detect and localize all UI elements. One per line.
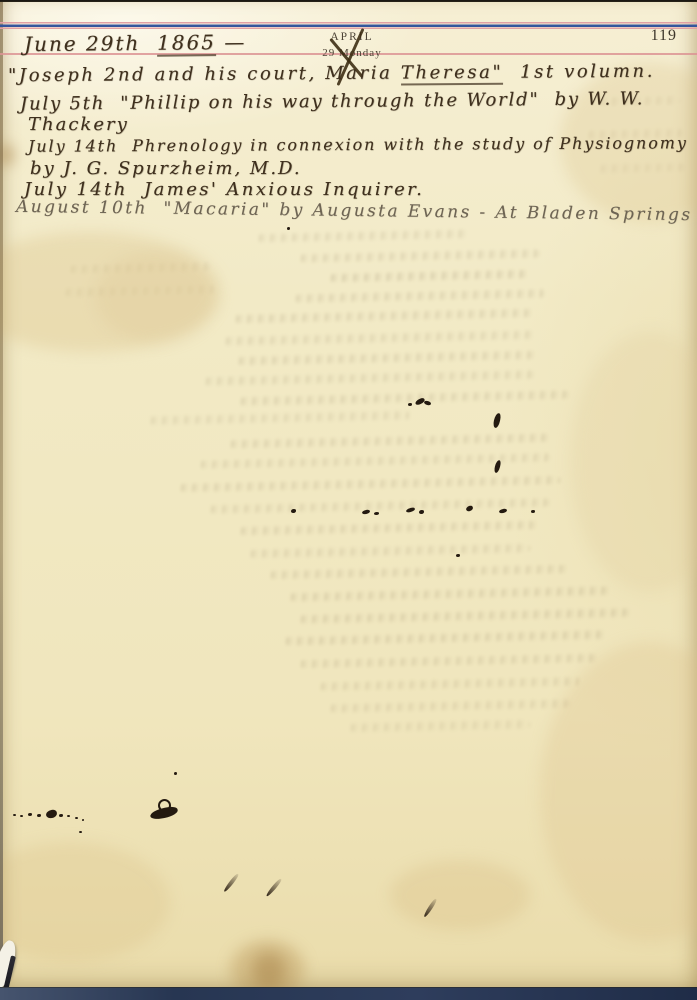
entry-date-heading: June 29th 1865 — [24,30,247,56]
paper-stain [0,144,14,166]
ink-blot [456,554,460,557]
paper-stain [390,860,530,930]
ink-blot [174,772,177,775]
ink-blot [79,831,82,833]
ghost-bleed-through-line [300,249,540,262]
ghost-bleed-through-line [300,609,630,624]
ink-blot [67,815,70,817]
ink-blot [59,814,63,817]
ink-stroke [223,873,239,892]
ghost-bleed-through-line [295,289,545,302]
ink-blot [362,509,371,514]
ghost-bleed-through-line [150,411,410,424]
scanned-diary-page: 119 APRIL 29 Monday June 29th 1865 — "Jo… [0,0,697,1000]
ink-blot [408,403,412,406]
ghost-bleed-through-line [250,544,530,558]
entry-line-thackery: Thackery [28,114,129,135]
ink-blot [287,227,290,230]
paper-stain [570,332,697,592]
paper-stain [95,252,215,342]
heading-year-underlined: 1865 [157,30,216,57]
ghost-bleed-through-line [205,371,535,386]
ghost-bleed-through-line [290,587,610,602]
page-number: 119 [651,27,677,45]
diary-paper: 119 APRIL 29 Monday June 29th 1865 — "Jo… [0,2,697,989]
paper-stain [0,842,170,962]
ink-blot [374,512,379,515]
ghost-bleed-through-line [258,230,468,242]
ink-blot [28,813,32,816]
ghost-bleed-through-line [320,677,580,690]
ghost-bleed-through-line [350,720,530,732]
ink-blot-loop [158,799,171,812]
ink-blot [13,814,16,816]
entry-line-phrenology: July 14th Phrenology in connexion with t… [28,133,688,155]
book-edge [0,987,697,1000]
heading-dash: — [216,30,247,54]
heading-date-text: June 29th [24,31,157,56]
entry-line-joseph: "Joseph 2nd and his court, Maria Theresa… [8,61,655,87]
printed-date-header: APRIL 29 Monday [297,31,407,59]
ghost-bleed-through-line [330,699,570,712]
ink-blot [82,819,84,821]
entry-line-spurzheim: by J. G. Spurzheim, M.D. [30,158,302,179]
top-ruled-lines [0,21,697,29]
ghost-bleed-through-line [300,654,600,668]
printed-month-label: APRIL [297,31,407,43]
ghost-bleed-through-line [240,521,540,535]
ghost-bleed-through-line [225,331,535,345]
ink-blot [493,413,502,429]
ghost-bleed-through-line [238,351,538,365]
ghost-bleed-through-line [180,476,560,492]
ink-blot [419,510,424,514]
entry-text: "Joseph 2nd and his court, Maria [8,63,401,87]
ink-stroke [265,878,282,897]
paper-stain [540,642,697,942]
ink-blot [406,507,416,513]
ink-blot [499,508,508,513]
entry-text-underlined: Theresa" [401,62,504,86]
ink-blot [37,814,41,817]
ink-blot [45,809,57,819]
ghost-bleed-through-line [330,270,530,282]
ghost-bleed-through-line [235,309,535,323]
ghost-bleed-through-line [270,565,570,579]
ghost-bleed-through-line [230,434,550,449]
ink-blot [20,815,23,817]
entry-text: 1st volumn. [503,61,655,83]
paper-stain [252,952,286,988]
ink-blot [291,509,296,513]
entry-line-phillip: July 5th "Phillip on his way through the… [20,88,644,114]
ink-blot [465,505,473,512]
ghost-bleed-through-line [285,631,605,646]
ghost-bleed-through-line [240,391,570,406]
ink-blot [531,510,535,513]
ink-blot [75,817,78,819]
